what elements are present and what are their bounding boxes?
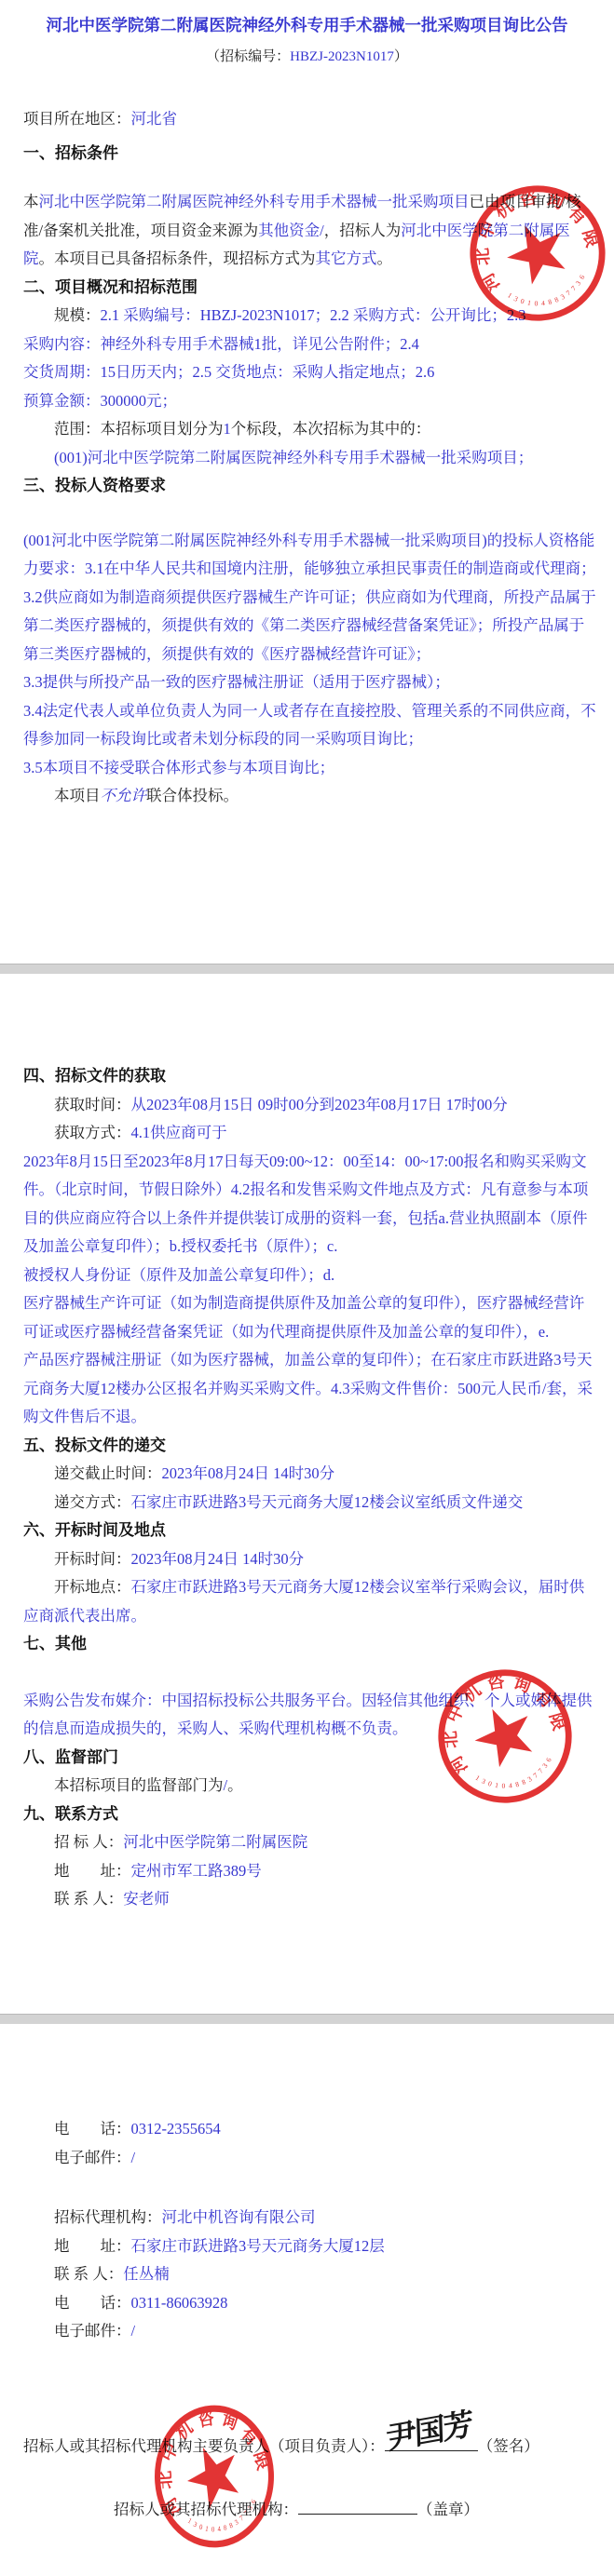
- section-4-heading: 四、招标文件的获取: [0, 1062, 614, 1091]
- contact-tenderer: 招 标 人：河北中医学院第二附属医院: [0, 1828, 614, 1857]
- signature-block: 招标人或其招标代理机构主要负责人（项目负责人）：尹国芳（签名） 招标人或其招标代…: [0, 2430, 614, 2524]
- section-4-p2: 被授权人身份证（原件及加盖公章复印件）；d.: [0, 1261, 614, 1290]
- signature-slot: 尹国芳: [385, 2430, 478, 2451]
- section-7-heading: 七、其他: [0, 1630, 614, 1659]
- section-6-heading: 六、开标时间及地点: [0, 1517, 614, 1545]
- section-6-time: 开标时间：2023年08月24日 14时30分: [0, 1545, 614, 1574]
- section-4-p3: 医疗器械生产许可证（如为制造商提供原件及加盖公章的复印件），医疗器械经营许可证或…: [0, 1289, 614, 1346]
- contact-email: 电子邮件：/: [0, 2144, 614, 2173]
- page-title: 河北中医学院第二附属医院神经外科专用手术器械一批采购项目询比公告: [37, 13, 577, 37]
- section-8-heading: 八、监督部门: [0, 1744, 614, 1773]
- tender-number: HBZJ-2023N1017: [290, 49, 394, 64]
- section-2-heading: 二、项目概况和招标范围: [0, 274, 614, 303]
- signature-line: 招标人或其招标代理机构主要负责人（项目负责人）：尹国芳（签名）: [0, 2430, 614, 2461]
- section-2-range: 范围：本招标项目划分为1个标段，本次招标为其中的：: [0, 415, 614, 444]
- agency-contact-block: 招标代理机构：河北中机咨询有限公司 地 址：石家庄市跃进路3号天元商务大厦12层…: [0, 2204, 614, 2346]
- seal-line: 招标人或其招标代理机构：（盖章）: [0, 2493, 614, 2525]
- section-1-heading: 一、招标条件: [0, 140, 614, 169]
- section-5-way: 递交方式：石家庄市跃进路3号天元商务大厦12楼会议室纸质文件递交: [0, 1489, 614, 1517]
- no-consortium-emphasis: 不允许: [101, 787, 147, 804]
- section-3-p1: (001河北中医学院第二附属医院神经外科专用手术器械一批采购项目)的投标人资格能…: [0, 527, 614, 584]
- contact-phone: 电 话：0312-2355654: [0, 2115, 614, 2144]
- section-1-paragraph: 本河北中医学院第二附属医院神经外科专用手术器械一批采购项目已由项目审批/核准/备…: [0, 188, 614, 274]
- page-break-band-2: [0, 2014, 614, 2024]
- section-5-heading: 五、投标文件的递交: [0, 1432, 614, 1461]
- section-7-p1: 采购公告发布媒介：中国招标投标公共服务平台。因轻信其他组织、个人或媒体提供的信息…: [0, 1687, 614, 1744]
- section-4-time: 获取时间：从2023年08月15日 09时00分到2023年08月17日 17时…: [0, 1091, 614, 1120]
- signature: 尹国芳: [386, 2410, 472, 2454]
- page-break-band-1: [0, 964, 614, 974]
- section-8-line: 本招标项目的监督部门为/。: [0, 1772, 614, 1801]
- contact-address: 地 址：定州市军工路389号: [0, 1857, 614, 1886]
- agency-phone: 电 话：0311-86063928: [0, 2289, 614, 2318]
- section-4-p1: 2023年8月15日至2023年8月17日每天09:00~12：00至14：00…: [0, 1148, 614, 1261]
- seal-slot: [298, 2493, 417, 2515]
- page-2-content: 四、招标文件的获取 获取时间：从2023年08月15日 09时00分到2023年…: [0, 1062, 614, 1914]
- section-3-p3: 3.3提供与所投产品一致的医疗器械注册证（适用于医疗器械）；: [0, 668, 614, 697]
- page-3-contact-top: 电 话：0312-2355654 电子邮件：/: [0, 2115, 614, 2172]
- agency-name: 招标代理机构：河北中机咨询有限公司: [0, 2204, 614, 2232]
- contact-person: 联 系 人：安老师: [0, 1885, 614, 1914]
- section-4-p4: 产品医疗器械注册证（如为医疗器械，加盖公章的复印件）；在石家庄市跃进路3号天元商…: [0, 1346, 614, 1432]
- section-4-way: 获取方式：4.1供应商可于: [0, 1119, 614, 1148]
- tender-announcement-document: 河北中医学院第二附属医院神经外科专用手术器械一批采购项目询比公告 （招标编号：H…: [0, 0, 614, 2576]
- section-3-p5: 3.5本项目不接受联合体形式参与本项目询比；: [0, 754, 614, 783]
- section-6-place: 开标地点：石家庄市跃进路3号天元商务大厦12楼会议室举行采购会议，届时供应商派代…: [0, 1573, 614, 1630]
- region-line: 项目所在地区：河北省: [0, 105, 614, 134]
- region-value: 河北省: [131, 110, 178, 128]
- agency-contact-person: 联 系 人：任丛楠: [0, 2260, 614, 2289]
- tender-number-suffix: ）: [394, 49, 408, 64]
- agency-address: 地 址：石家庄市跃进路3号天元商务大厦12层: [0, 2232, 614, 2261]
- section-5-deadline: 递交截止时间：2023年08月24日 14时30分: [0, 1460, 614, 1489]
- agency-email: 电子邮件：/: [0, 2317, 614, 2346]
- section-9-heading: 九、联系方式: [0, 1801, 614, 1829]
- section-3-p2: 3.2供应商如为制造商须提供医疗器械生产许可证；供应商如为代理商，所投产品属于第…: [0, 584, 614, 669]
- section-3-heading: 三、投标人资格要求: [0, 472, 614, 501]
- section-3-p4: 3.4法定代表人或单位负责人为同一人或者存在直接控股、管理关系的不同供应商，不得…: [0, 697, 614, 754]
- section-3-p6: 本项目不允许联合体投标。: [0, 782, 614, 811]
- tender-number-line: （招标编号：HBZJ-2023N1017）: [0, 46, 614, 68]
- page-1-content: 河北中医学院第二附属医院神经外科专用手术器械一批采购项目询比公告 （招标编号：H…: [0, 13, 614, 811]
- section-2-lot: (001)河北中医学院第二附属医院神经外科专用手术器械一批采购项目；: [0, 444, 614, 473]
- tender-number-prefix: （招标编号：: [206, 49, 290, 64]
- section-2-scale: 规模：2.1 采购编号：HBZJ-2023N1017；2.2 采购方式：公开询比…: [0, 302, 614, 415]
